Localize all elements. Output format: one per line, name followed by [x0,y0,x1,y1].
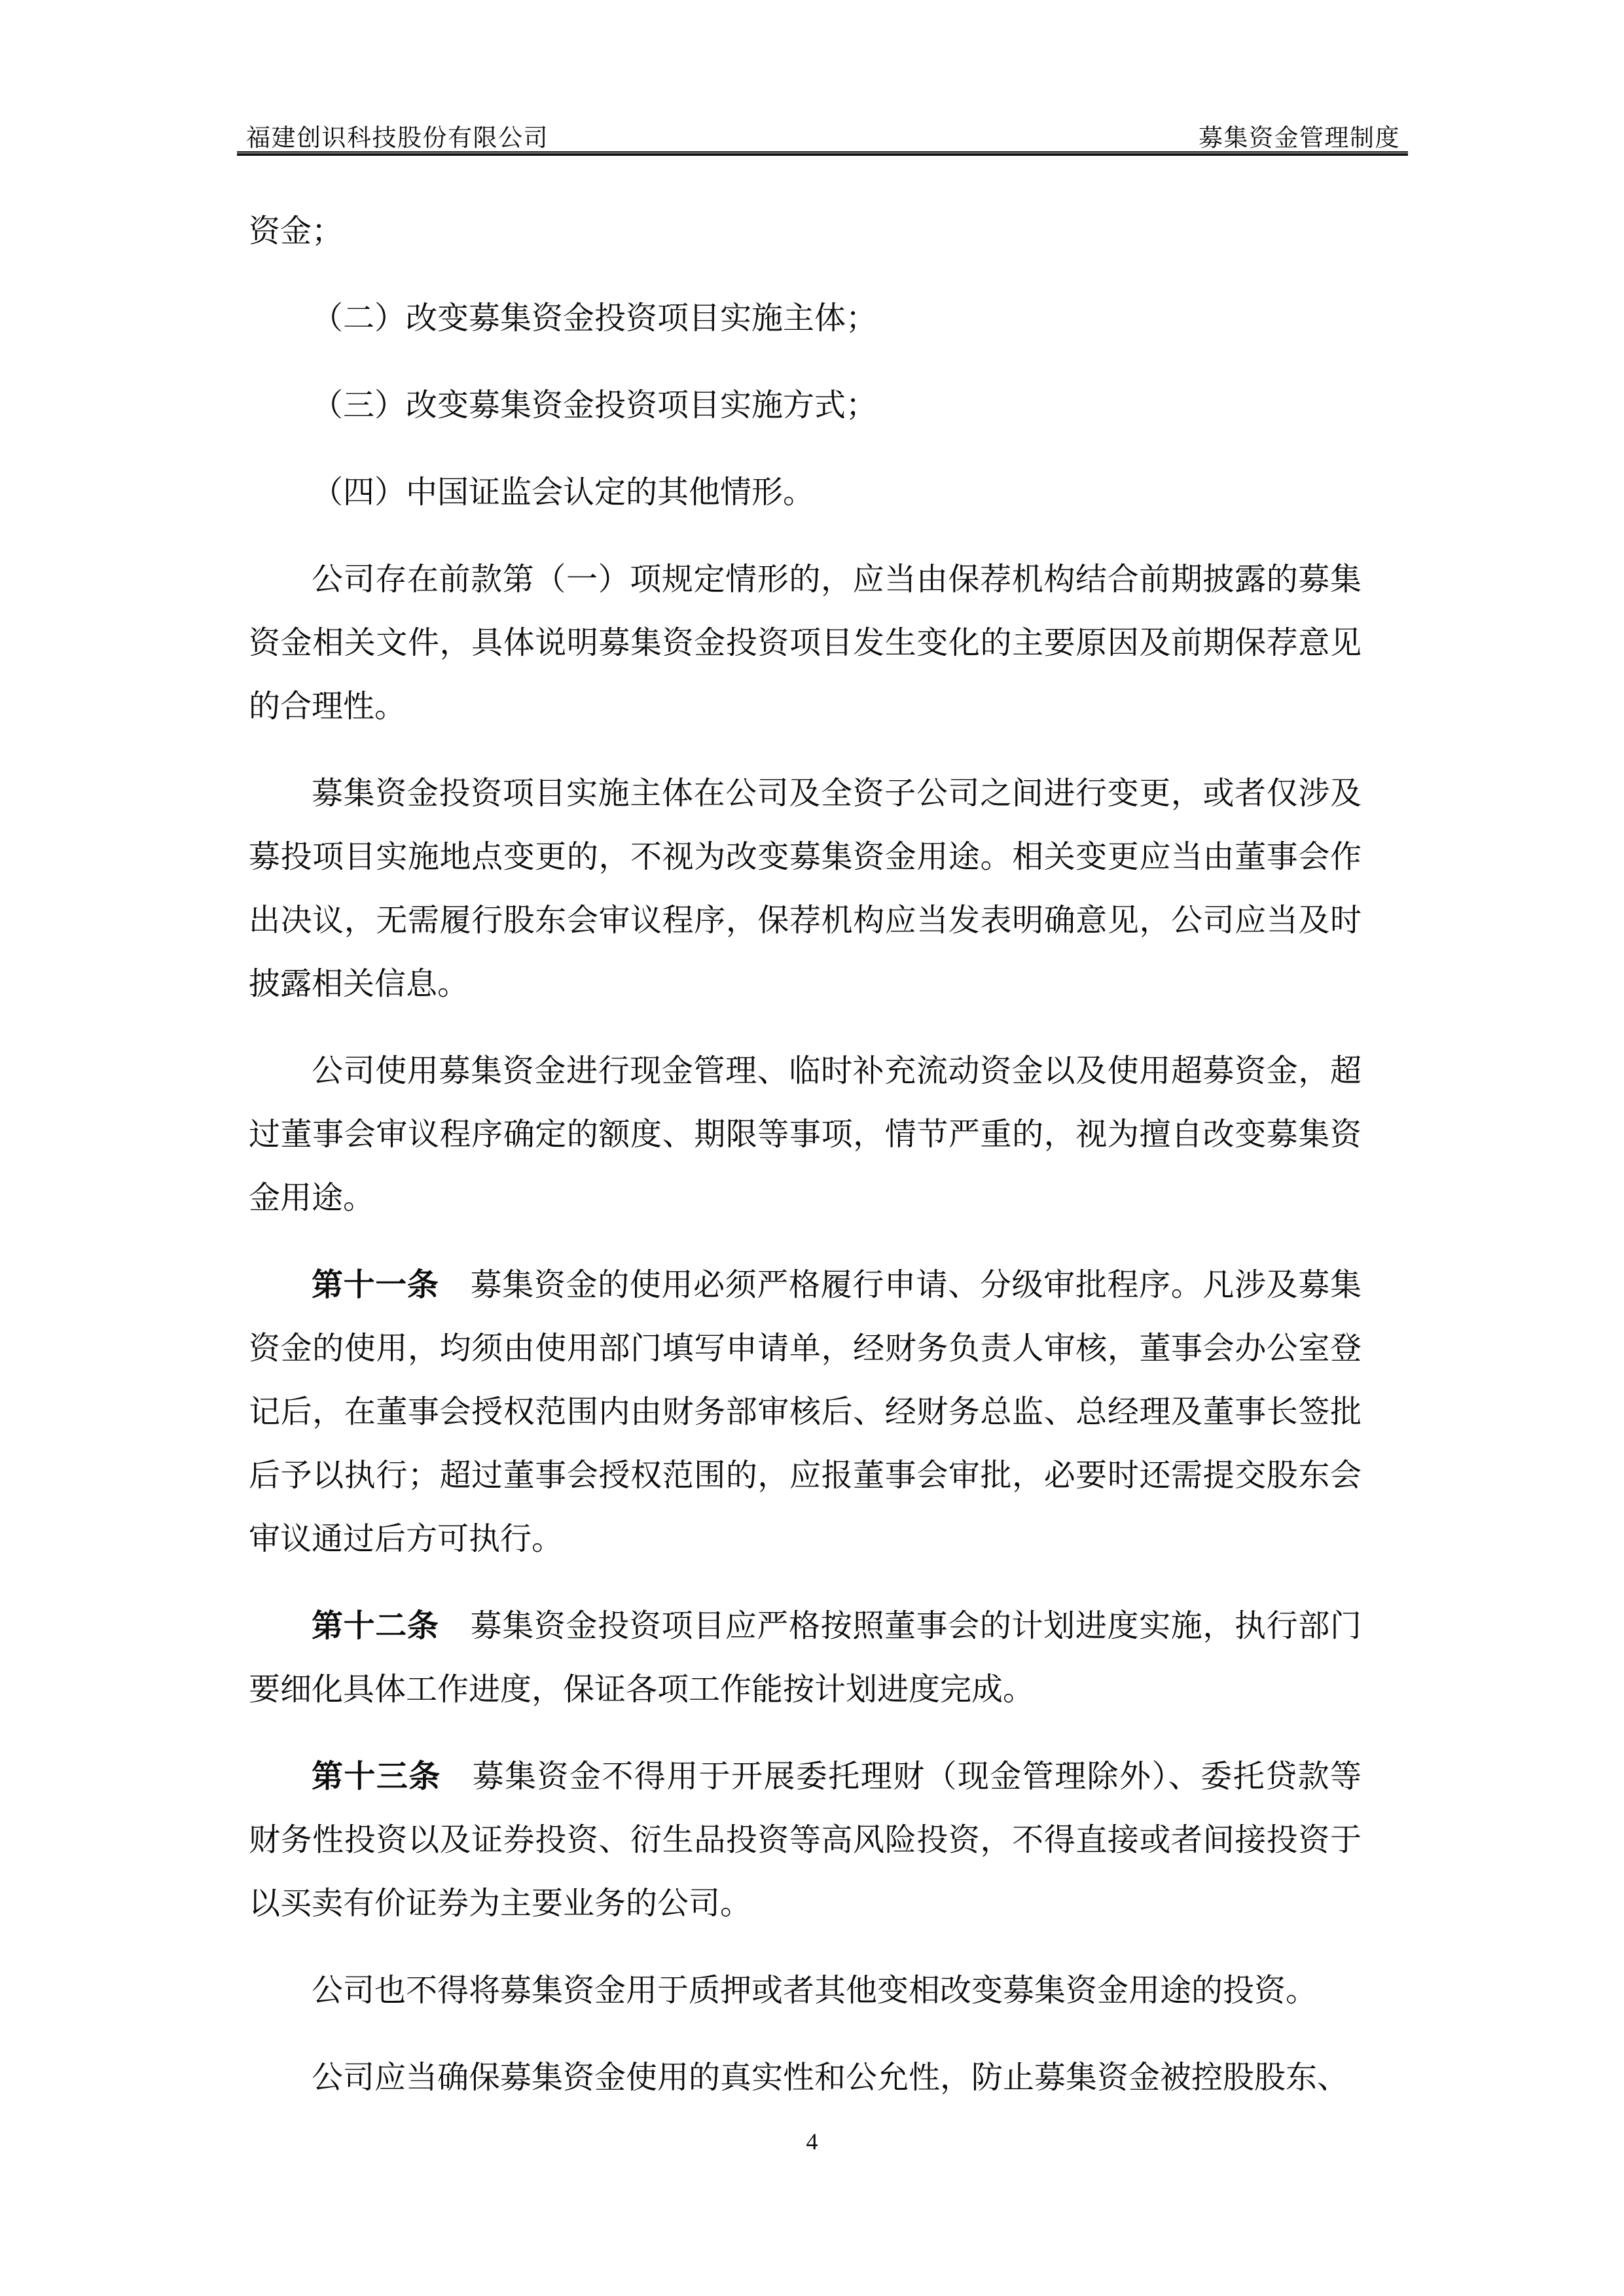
list-item-3: （三）改变募集资金投资项目实施方式； [249,374,1362,437]
page-footer: 4 [0,2127,1624,2156]
article-number-label: 第十一条 [312,1268,439,1302]
article-clause-12: 第十二条募集资金投资项目应严格按照董事会的计划进度实施，执行部门要细化具体工作进… [249,1594,1362,1721]
article-number-label: 第十三条 [312,1759,441,1794]
list-item-2: （二）改变募集资金投资项目实施主体； [249,287,1362,350]
paragraph-continuation: 资金； [249,200,1362,263]
paragraph-text: （三）改变募集资金投资项目实施方式； [312,388,877,423]
header-doc-title: 募集资金管理制度 [1199,118,1400,153]
paragraph: 公司存在前款第（一）项规定情形的，应当由保荐机构结合前期披露的募集资金相关文件，… [249,548,1362,738]
article-number-label: 第十二条 [312,1609,439,1643]
paragraph: 公司也不得将募集资金用于质押或者其他变相改变募集资金用途的投资。 [249,1959,1362,2022]
list-item-4: （四）中国证监会认定的其他情形。 [249,461,1362,524]
paragraph: 募集资金投资项目实施主体在公司及全资子公司之间进行变更，或者仅涉及募投项目实施地… [249,762,1362,1016]
document-body: 资金；（二）改变募集资金投资项目实施主体；（三）改变募集资金投资项目实施方式；（… [249,200,1362,2133]
document-page: 福建创识科技股份有限公司 募集资金管理制度 资金；（二）改变募集资金投资项目实施… [0,0,1624,2296]
article-clause-11: 第十一条募集资金的使用必须严格履行申请、分级审批程序。凡涉及募集资金的使用，均须… [249,1253,1362,1571]
article-clause-13: 第十三条募集资金不得用于开展委托理财（现金管理除外）、委托贷款等财务性投资以及证… [249,1745,1362,1935]
page-number: 4 [806,2128,818,2155]
paragraph-text: 募集资金投资项目实施主体在公司及全资子公司之间进行变更，或者仅涉及募投项目实施地… [249,776,1362,1001]
paragraph-text: 募集资金的使用必须严格履行申请、分级审批程序。凡涉及募集资金的使用，均须由使用部… [249,1268,1362,1556]
paragraph-text: （二）改变募集资金投资项目实施主体； [312,301,877,336]
paragraph-text: 公司也不得将募集资金用于质押或者其他变相改变募集资金用途的投资。 [312,1973,1317,2008]
paragraph-text: 资金； [249,214,343,249]
paragraph-text: 公司使用募集资金进行现金管理、临时补充流动资金以及使用超募资金，超过董事会审议程… [249,1054,1362,1215]
paragraph-text: （四）中国证监会认定的其他情形。 [312,475,814,510]
paragraph: 公司应当确保募集资金使用的真实性和公允性，防止募集资金被控股股东、 [249,2046,1362,2109]
paragraph-text: 公司存在前款第（一）项规定情形的，应当由保荐机构结合前期披露的募集资金相关文件，… [249,562,1362,724]
header-company-name: 福建创识科技股份有限公司 [246,118,549,153]
paragraph-text: 公司应当确保募集资金使用的真实性和公允性，防止募集资金被控股股东、 [312,2060,1348,2095]
paragraph: 公司使用募集资金进行现金管理、临时补充流动资金以及使用超募资金，超过董事会审议程… [249,1039,1362,1230]
header-divider [237,151,1408,156]
